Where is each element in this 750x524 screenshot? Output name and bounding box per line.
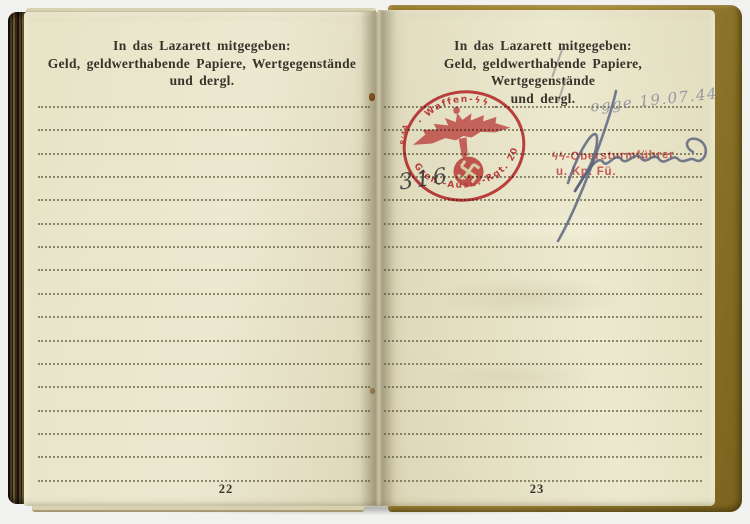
ruled-line — [384, 269, 702, 271]
ruled-line — [38, 269, 370, 271]
heading-line2: Geld, geldwerthabende Papiere, Wertgegen… — [34, 55, 370, 73]
ruled-line — [38, 106, 370, 108]
ruled-line — [38, 340, 370, 342]
ruled-lines-left — [38, 106, 370, 486]
ruled-line — [38, 176, 370, 178]
ruled-line — [384, 433, 702, 435]
ruled-line — [38, 246, 370, 248]
ruled-line — [38, 410, 370, 412]
staple-rust-spot — [369, 93, 375, 101]
ruled-line — [38, 199, 370, 201]
ruled-line — [384, 340, 702, 342]
ruled-line — [384, 293, 702, 295]
ruled-line — [384, 456, 702, 458]
staple-rust-spot — [370, 388, 375, 394]
heading-line1: In das Lazarett mitgegeben: — [34, 37, 370, 55]
heading-line3: und dergl. — [34, 72, 370, 90]
page-number-right: 23 — [487, 482, 587, 497]
ruled-line — [38, 153, 370, 155]
ruled-line — [38, 316, 370, 318]
ruled-line — [38, 456, 370, 458]
stamp-side-text: 8/44 — [399, 123, 410, 145]
ruled-line — [384, 363, 702, 365]
ruled-line — [38, 386, 370, 388]
ruled-line — [38, 223, 370, 225]
ruled-line — [38, 293, 370, 295]
ruled-line — [384, 410, 702, 412]
ruled-line — [38, 433, 370, 435]
page-number-left: 22 — [176, 482, 276, 497]
ruled-line — [38, 363, 370, 365]
ruled-line — [38, 129, 370, 131]
left-page-heading: In das Lazarett mitgegeben: Geld, geldwe… — [34, 37, 370, 90]
ruled-line — [384, 316, 702, 318]
heading-line1: In das Lazarett mitgegeben: — [390, 37, 696, 55]
ruled-line — [384, 386, 702, 388]
signature-handwriting — [540, 85, 720, 250]
